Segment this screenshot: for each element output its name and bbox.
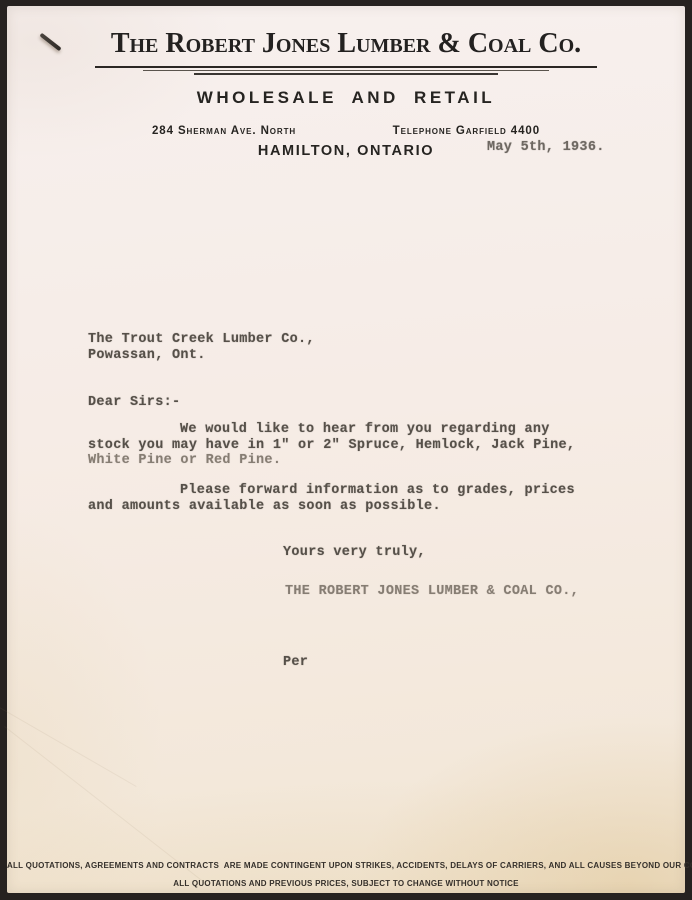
paragraph-line: and amounts available as soon as possibl… <box>88 499 575 515</box>
masthead-rule-bottom <box>194 73 498 75</box>
paragraph-line: stock you may have in 1" or 2" Spruce, H… <box>88 438 575 454</box>
footer-line-1: ALL QUOTATIONS, AGREEMENTS AND CONTRACTS… <box>7 861 685 870</box>
letter-page: The Robert Jones Lumber & Coal Co. WHOLE… <box>7 6 685 893</box>
letter-date: May 5th, 1936. <box>487 140 605 156</box>
paragraph-line: We would like to hear from you regarding… <box>88 422 575 438</box>
paper-crease <box>0 706 137 787</box>
tagline: WHOLESALE AND RETAIL <box>7 88 685 108</box>
recipient-line-2: Powassan, Ont. <box>88 348 315 364</box>
paragraph-line: Please forward information as to grades,… <box>88 483 575 499</box>
body-paragraph-1: We would like to hear from you regarding… <box>88 422 575 469</box>
telephone: Telephone Garfield 4400 <box>393 125 540 137</box>
street-address: 284 Sherman Ave. North <box>152 125 296 137</box>
address-row: 284 Sherman Ave. North Telephone Garfiel… <box>152 125 540 137</box>
masthead-rule-middle <box>143 70 549 71</box>
per-label: Per <box>283 655 308 671</box>
signature-company: THE ROBERT JONES LUMBER & COAL CO., <box>285 584 579 600</box>
recipient-address: The Trout Creek Lumber Co., Powassan, On… <box>88 332 315 363</box>
paragraph-line: White Pine or Red Pine. <box>88 453 575 469</box>
masthead-rules <box>7 66 685 75</box>
company-name: The Robert Jones Lumber & Coal Co. <box>7 27 685 61</box>
closing-line: Yours very truly, <box>283 545 426 561</box>
salutation: Dear Sirs:- <box>88 395 180 411</box>
masthead-rule-top <box>95 66 597 68</box>
footer-line-2: ALL QUOTATIONS AND PREVIOUS PRICES, SUBJ… <box>7 879 685 888</box>
recipient-line-1: The Trout Creek Lumber Co., <box>88 332 315 348</box>
body-paragraph-2: Please forward information as to grades,… <box>88 483 575 514</box>
